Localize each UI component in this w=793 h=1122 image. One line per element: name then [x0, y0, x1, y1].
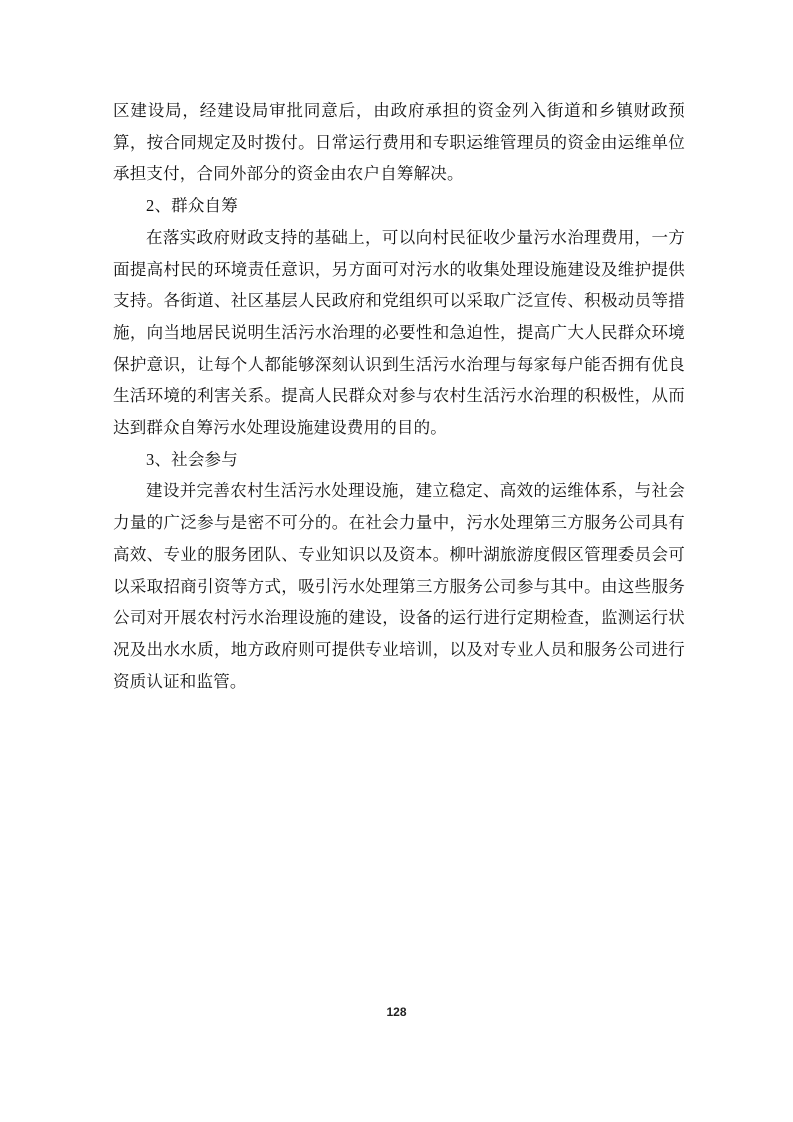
paragraph-section-2: 在落实政府财政支持的基础上，可以向村民征收少量污水治理费用，一方面提高村民的环境… — [113, 222, 685, 444]
page-content: 区建设局，经建设局审批同意后，由政府承担的资金列入街道和乡镇财政预算，按合同规定… — [113, 95, 685, 697]
section-heading-2: 2、群众自筹 — [113, 190, 685, 222]
paragraph-continuation: 区建设局，经建设局审批同意后，由政府承担的资金列入街道和乡镇财政预算，按合同规定… — [113, 95, 685, 190]
document-page: 区建设局，经建设局审批同意后，由政府承担的资金列入街道和乡镇财政预算，按合同规定… — [0, 0, 793, 1122]
section-heading-3: 3、社会参与 — [113, 444, 685, 476]
page-number: 128 — [0, 1005, 793, 1019]
paragraph-section-3: 建设并完善农村生活污水处理设施，建立稳定、高效的运维体系，与社会力量的广泛参与是… — [113, 475, 685, 697]
